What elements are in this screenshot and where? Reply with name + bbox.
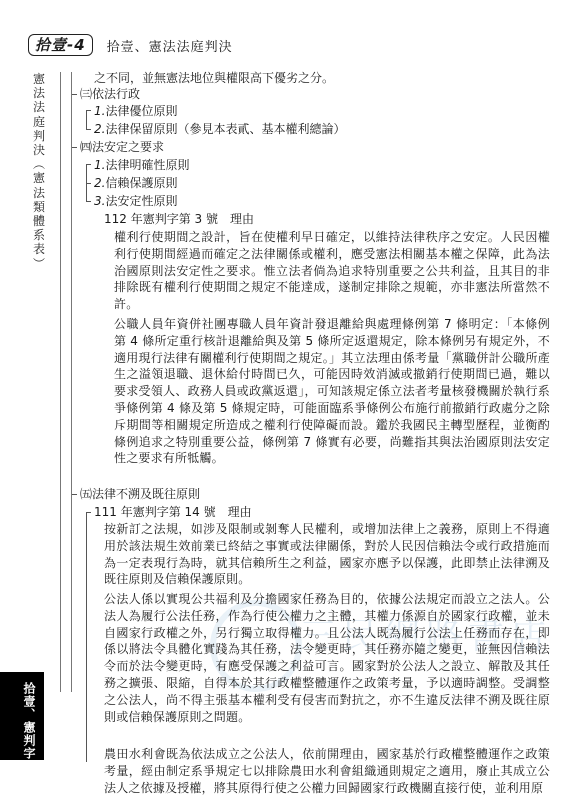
section-heading: ㈢依法行政 bbox=[80, 86, 140, 102]
item-number: 2. bbox=[94, 122, 105, 136]
tree-trunk-line bbox=[71, 72, 72, 692]
item-text: 法律明確性原則 bbox=[105, 158, 189, 172]
tree-branch bbox=[86, 512, 91, 513]
list-item: 2.信賴保護原則 bbox=[94, 175, 177, 191]
tree-branch bbox=[86, 201, 91, 202]
side-tab-label: 拾壹、憲判字 bbox=[21, 682, 38, 760]
side-char: 決 bbox=[32, 143, 46, 157]
side-char: 法 bbox=[32, 186, 46, 200]
tree-branch bbox=[86, 129, 91, 130]
item-number: 1. bbox=[94, 158, 105, 172]
page-header: 拾壹-4 拾壹、憲法法庭判決 bbox=[28, 34, 233, 56]
side-char: 類 bbox=[32, 200, 46, 214]
side-char: 憲 bbox=[32, 72, 46, 86]
side-char: 憲 bbox=[32, 171, 46, 185]
side-char: 表 bbox=[32, 242, 46, 256]
case-title: 112 年憲判字第 3 號 理由 bbox=[104, 211, 254, 227]
side-char: ︵ bbox=[32, 157, 46, 171]
section-heading: ㈣法安定之要求 bbox=[80, 139, 164, 155]
side-char: 系 bbox=[32, 228, 46, 242]
tree-branch bbox=[86, 164, 91, 165]
section-heading: ㈤法律不溯及既往原則 bbox=[80, 486, 200, 502]
list-item: 2.法律保留原則（參見本表貳、基本權利總論） bbox=[94, 121, 345, 137]
tree-branch bbox=[86, 110, 87, 130]
page-title: 拾壹、憲法法庭判決 bbox=[107, 36, 233, 55]
case-title: 111 年憲判字第 14 號 理由 bbox=[94, 504, 252, 520]
tree-branch bbox=[72, 147, 77, 148]
item-text: 法律優位原則 bbox=[105, 104, 177, 118]
side-char: 庭 bbox=[32, 115, 46, 129]
tree-branch bbox=[86, 183, 91, 184]
continuation-text: 之不同，並無憲法地位與權限高下優劣之分。 bbox=[94, 70, 334, 86]
chapter-side-tab: 拾壹、憲判字 bbox=[0, 672, 44, 760]
paragraph: 公法人係以實現公共福利及分擔國家任務為目的，依據公法規定而設立之法人。公法人為履… bbox=[104, 591, 550, 725]
item-number: 2. bbox=[94, 176, 105, 190]
item-text: 信賴保護原則 bbox=[105, 176, 177, 190]
paragraph: 農田水利會既為依法成立之公法人，依前開理由，國家基於行政權整體運作之政策考量，經… bbox=[104, 746, 550, 796]
item-number: 1. bbox=[94, 104, 105, 118]
list-item: 1.法律優位原則 bbox=[94, 103, 177, 119]
tree-branch bbox=[86, 110, 91, 111]
side-vertical-label: 憲 法 法 庭 判 決 ︵ 憲 法 類 體 系 表 ︶ bbox=[32, 72, 46, 271]
item-text: 法安定性原則 bbox=[105, 194, 177, 208]
paragraph: 按新訂之法規，如涉及限制或剝奪人民權利，或增加法律上之義務，原則上不得適用於該法… bbox=[104, 521, 550, 588]
side-char: 判 bbox=[32, 129, 46, 143]
item-text: 法律保留原則（參見本表貳、基本權利總論） bbox=[105, 122, 345, 136]
side-char: ︶ bbox=[32, 257, 46, 271]
tree-branch bbox=[72, 494, 77, 495]
item-number: 3. bbox=[94, 194, 105, 208]
list-item: 3.法安定性原則 bbox=[94, 193, 177, 209]
paragraph: 公職人員年資併社團專職人員年資計發退離給與處理條例第 7 條明定：「本條例第 4… bbox=[114, 316, 550, 467]
tree-branch bbox=[86, 512, 87, 762]
side-char: 法 bbox=[32, 86, 46, 100]
tree-branch bbox=[72, 94, 77, 95]
chapter-badge: 拾壹-4 bbox=[28, 34, 93, 56]
side-char: 法 bbox=[32, 100, 46, 114]
paragraph: 權利行使期間之設計，旨在使權利早日確定，以維持法律秩序之安定。人民因權利行使期間… bbox=[114, 229, 550, 313]
list-item: 1.法律明確性原則 bbox=[94, 157, 189, 173]
margin-rule bbox=[60, 72, 61, 692]
side-char: 體 bbox=[32, 214, 46, 228]
